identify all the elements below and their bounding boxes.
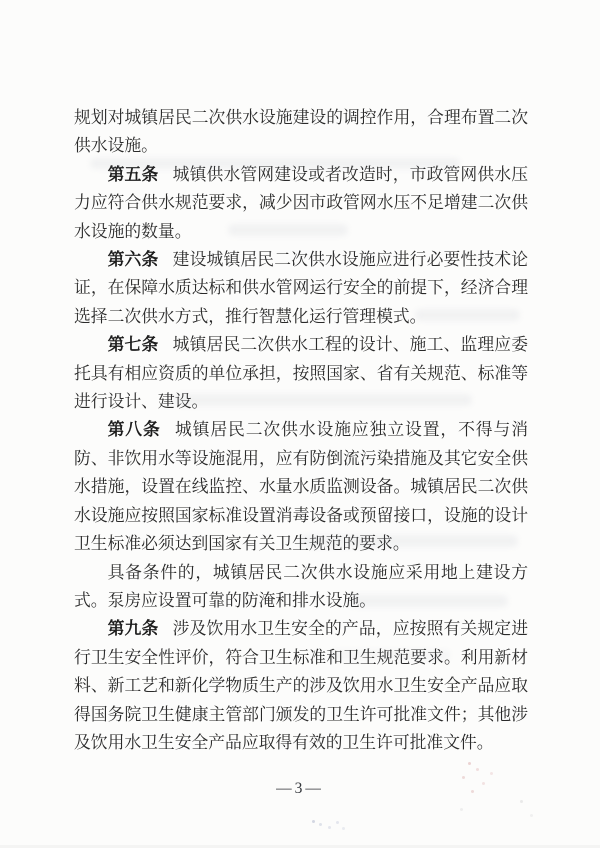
paragraph-article-5: 第五条城镇供水管网建设或者改造时，市政管网供水压力应符合供水规范要求，减少因市政… [74,161,528,246]
article-number: 第八条 [108,420,161,439]
paragraph-continuation: 规划对城镇居民二次供水设施建设的调控作用，合理布置二次供水设施。 [74,104,528,161]
paragraph-article-8: 第八条城镇居民二次供水设施应独立设置，不得与消防、非饮用水等设施混用，应有防倒流… [74,416,528,558]
document-page: 规划对城镇居民二次供水设施建设的调控作用，合理布置二次供水设施。 第五条城镇供水… [0,0,600,848]
paragraph-article-8-sub: 具备条件的，城镇居民二次供水设施应采用地上建设方式。泵房应设置可靠的防淹和排水设… [74,559,528,616]
document-body: 规划对城镇居民二次供水设施建设的调控作用，合理布置二次供水设施。 第五条城镇供水… [74,104,528,757]
scan-speckle [520,800,523,803]
paragraph-article-6: 第六条建设城镇居民二次供水设施应进行必要性技术论证，在保障水质达标和供水管网运行… [74,246,528,331]
paragraph-text: 规划对城镇居民二次供水设施建设的调控作用，合理布置二次供水设施。 [74,108,528,155]
article-number: 第七条 [108,335,159,354]
article-number: 第九条 [108,619,159,638]
article-number: 第五条 [108,165,159,184]
article-number: 第六条 [108,250,159,269]
paragraph-text: 城镇居民二次供水设施应独立设置，不得与消防、非饮用水等设施混用，应有防倒流污染措… [74,420,528,553]
scan-speckle [468,762,471,765]
paragraph-article-7: 第七条城镇居民二次供水工程的设计、施工、监理应委托具有相应资质的单位承担，按照国… [74,331,528,416]
paragraph-text: 涉及饮用水卫生安全的产品，应按照有关规定进行卫生安全性评价，符合卫生标准和卫生规… [74,619,528,752]
page-number: —3— [0,780,600,798]
paragraph-article-9: 第九条涉及饮用水卫生安全的产品，应按照有关规定进行卫生安全性评价，符合卫生标准和… [74,615,528,757]
paragraph-text: 具备条件的，城镇居民二次供水设施应采用地上建设方式。泵房应设置可靠的防淹和排水设… [74,563,528,610]
scan-speckle [312,820,315,823]
